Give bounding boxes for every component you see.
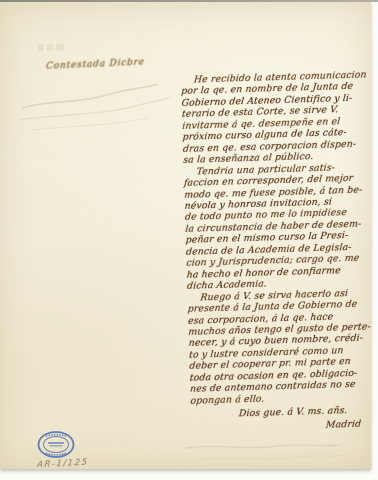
scan-canvas: Contestada Dicbre He recibido la atenta … — [0, 0, 378, 480]
paper-sheet: Contestada Dicbre He recibido la atenta … — [0, 2, 371, 469]
letter-body: He recibido la atenta comunicacionpor la… — [181, 69, 378, 434]
graphite-smudge — [38, 44, 64, 51]
archive-stamp-icon — [36, 430, 76, 460]
archival-ink-note: Contestada Dicbre — [46, 56, 176, 72]
verso-showthrough-icon — [178, 440, 348, 470]
pencil-reference-code: AR-1/125 — [37, 458, 89, 471]
faint-pencil-scrawl-icon — [8, 80, 178, 140]
scan-top-edge — [0, 0, 378, 2]
